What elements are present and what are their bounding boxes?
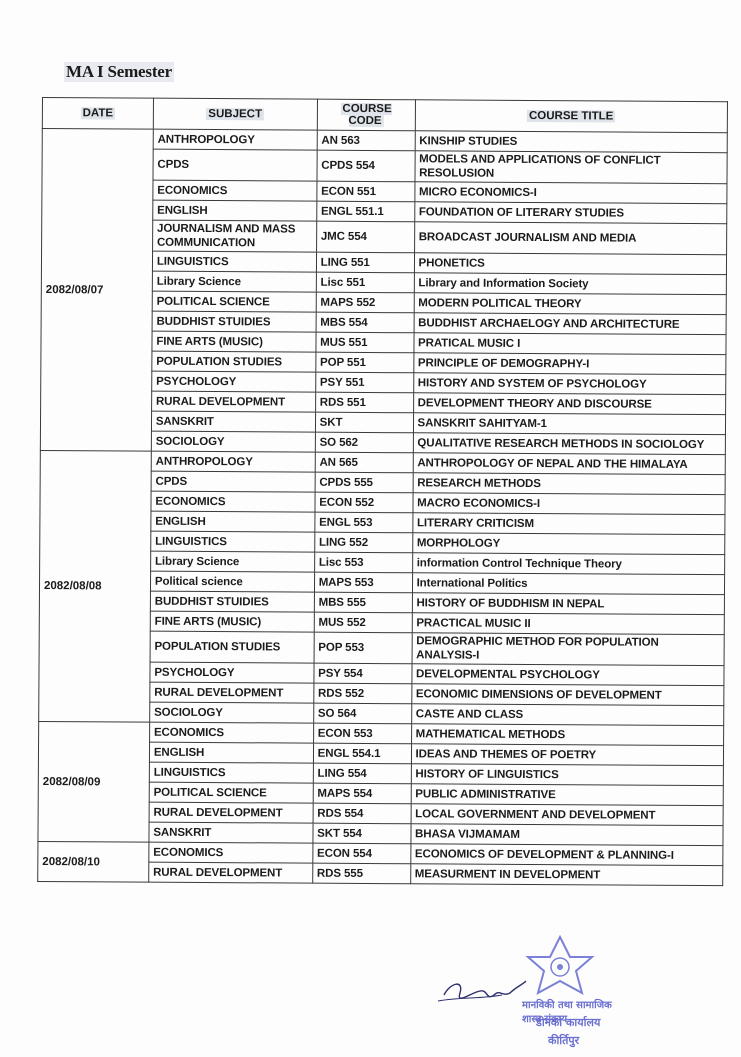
subject-cell: FINE ARTS (MUSIC) — [150, 611, 314, 632]
course-code-cell: CPDS 554 — [317, 150, 415, 182]
subject-cell: CPDS — [153, 149, 317, 181]
course-title-cell: HISTORY OF BUDDHISM IN NEPAL — [412, 593, 725, 615]
course-code-cell: ENGL 551.1 — [316, 201, 414, 222]
course-code-cell: ECON 552 — [315, 492, 413, 513]
subject-cell: ENGLISH — [153, 200, 317, 221]
course-title-cell: PHONETICS — [414, 253, 727, 275]
course-code-cell: AN 565 — [315, 452, 413, 473]
course-title-cell: LITERARY CRITICISM — [412, 513, 725, 535]
course-title-cell: IDEAS AND THEMES OF POETRY — [411, 744, 724, 766]
course-code-cell: MUS 551 — [316, 332, 414, 353]
course-title-cell: MEASURMENT IN DEVELOPMENT — [410, 864, 723, 886]
course-code-cell: JMC 554 — [316, 221, 414, 253]
course-title-cell: ECONOMICS OF DEVELOPMENT & PLANNING-I — [410, 844, 723, 866]
header-course-title: COURSE TITLE — [415, 100, 728, 133]
header-date: DATE — [42, 98, 153, 130]
course-code-cell: LING 551 — [316, 252, 414, 273]
subject-cell: BUDDHIST STUIDIES — [150, 591, 314, 612]
course-code-cell: LING 552 — [314, 532, 412, 553]
course-title-cell: DEVELOPMENTAL PSYCHOLOGY — [411, 664, 724, 686]
course-title-cell: PRINCIPLE OF DEMOGRAPHY-I — [413, 353, 726, 375]
course-title-cell: BUDDHIST ARCHAELOGY AND ARCHITECTURE — [414, 313, 727, 335]
course-code-cell: PSY 554 — [314, 663, 412, 684]
subject-cell: SANSKRIT — [151, 411, 315, 432]
exam-date: 2082/08/07 — [40, 129, 153, 452]
course-code-cell: AN 563 — [317, 130, 415, 151]
subject-cell: ENGLISH — [149, 742, 313, 763]
course-title-cell: DEMOGRAPHIC METHOD FOR POPULATION ANALYS… — [412, 633, 725, 666]
subject-cell: RURAL DEVELOPMENT — [149, 802, 313, 823]
subject-cell: Library Science — [150, 551, 314, 572]
course-code-cell: ECON 553 — [313, 723, 411, 744]
course-code-cell: RDS 551 — [315, 392, 413, 413]
subject-cell: SANSKRIT — [149, 822, 313, 843]
course-title-cell: BHASA VIJMAMAM — [411, 824, 724, 846]
course-code-cell: ENGL 553 — [315, 512, 413, 533]
subject-cell: ANTHROPOLOGY — [153, 129, 317, 150]
subject-cell: ECONOMICS — [149, 722, 313, 743]
course-title-cell: Library and Information Society — [414, 273, 727, 295]
course-code-cell: MAPS 552 — [316, 292, 414, 313]
subject-cell: LINGUISTICS — [151, 531, 315, 552]
table-row: 2082/08/09ECONOMICSECON 553MATHEMATICAL … — [39, 721, 724, 745]
subject-cell: Political science — [150, 571, 314, 592]
course-code-cell: RDS 552 — [313, 683, 411, 704]
course-title-cell: PUBLIC ADMINISTRATIVE — [411, 784, 724, 806]
course-code-cell: PSY 551 — [315, 372, 413, 393]
course-title-cell: SANSKRIT SAHITYAM-1 — [413, 413, 726, 435]
course-title-cell: QUALITATIVE RESEARCH METHODS IN SOCIOLOG… — [413, 433, 726, 455]
course-code-cell: Lisc 551 — [316, 272, 414, 293]
table-row: 2082/08/08ANTHROPOLOGYAN 565ANTHROPOLOGY… — [40, 450, 725, 474]
course-title-cell: RESEARCH METHODS — [413, 473, 726, 495]
subject-cell: PSYCHOLOGY — [152, 371, 316, 392]
course-title-cell: PRACTICAL MUSIC II — [412, 613, 725, 635]
subject-cell: ECONOMICS — [153, 180, 317, 201]
course-code-cell: POP 551 — [316, 352, 414, 373]
signature-and-stamp: मानविकी तथा सामाजिक शास्त्र संकाय डीनको … — [430, 935, 630, 1055]
course-title-cell: MODELS AND APPLICATIONS OF CONFLICT RESO… — [415, 151, 728, 184]
subject-cell: RURAL DEVELOPMENT — [149, 862, 313, 883]
stamp-place: कीर्तिपुर — [548, 1033, 579, 1048]
stamp-office: डीनको कार्यालय — [536, 1015, 600, 1030]
header-course-code: COURSE CODE — [317, 99, 415, 131]
course-title-cell: information Control Technique Theory — [412, 553, 725, 575]
course-code-cell: MBS 555 — [314, 592, 412, 613]
table-header-row: DATE SUBJECT COURSE CODE COURSE TITLE — [42, 98, 727, 133]
course-title-cell: MACRO ECONOMICS-I — [413, 493, 726, 515]
course-title-cell: MATHEMATICAL METHODS — [411, 724, 724, 746]
subject-cell: POPULATION STUDIES — [150, 631, 314, 663]
course-title-cell: MORPHOLOGY — [412, 533, 725, 555]
course-code-cell: POP 553 — [314, 632, 412, 664]
course-title-cell: FOUNDATION OF LITERARY STUDIES — [414, 202, 727, 224]
subject-cell: JOURNALISM AND MASS COMMUNICATION — [152, 220, 316, 252]
subject-cell: CPDS — [151, 471, 315, 492]
course-title-cell: MODERN POLITICAL THEORY — [414, 293, 727, 315]
subject-cell: LINGUISTICS — [152, 251, 316, 272]
course-code-cell: LING 554 — [313, 763, 411, 784]
course-title-cell: MICRO ECONOMICS-I — [414, 182, 727, 204]
exam-date: 2082/08/10 — [38, 841, 149, 882]
course-code-cell: RDS 555 — [312, 863, 410, 884]
subject-cell: ANTHROPOLOGY — [151, 451, 315, 472]
subject-cell: SOCIOLOGY — [150, 702, 314, 723]
table-row: 2082/08/10ECONOMICSECON 554ECONOMICS OF … — [38, 841, 723, 865]
exam-schedule-table: DATE SUBJECT COURSE CODE COURSE TITLE 20… — [37, 97, 728, 886]
course-title-cell: International Politics — [412, 573, 725, 595]
course-title-cell: HISTORY AND SYSTEM OF PSYCHOLOGY — [413, 373, 726, 395]
subject-cell: BUDDHIST STUIDIES — [152, 311, 316, 332]
course-code-cell: ECON 551 — [317, 181, 415, 202]
course-title-cell: CASTE AND CLASS — [411, 704, 724, 726]
subject-cell: SOCIOLOGY — [151, 431, 315, 452]
course-code-cell: CPDS 555 — [315, 472, 413, 493]
exam-date: 2082/08/08 — [39, 450, 152, 722]
subject-cell: RURAL DEVELOPMENT — [150, 682, 314, 703]
course-code-cell: SKT 554 — [313, 823, 411, 844]
subject-cell: LINGUISTICS — [149, 762, 313, 783]
course-code-cell: MBS 554 — [316, 312, 414, 333]
page-title: MA I Semester — [64, 62, 174, 82]
header-subject: SUBJECT — [153, 98, 317, 130]
course-code-cell: SO 562 — [315, 432, 413, 453]
course-title-cell: KINSHIP STUDIES — [415, 131, 728, 153]
course-title-cell: ANTHROPOLOGY OF NEPAL AND THE HIMALAYA — [413, 453, 726, 475]
subject-cell: POLITICAL SCIENCE — [149, 782, 313, 803]
table-body: 2082/08/07ANTHROPOLOGYAN 563KINSHIP STUD… — [38, 129, 728, 886]
subject-cell: POLITICAL SCIENCE — [152, 291, 316, 312]
course-title-cell: LOCAL GOVERNMENT AND DEVELOPMENT — [411, 804, 724, 826]
course-title-cell: ECONOMIC DIMENSIONS OF DEVELOPMENT — [411, 684, 724, 706]
exam-date: 2082/08/09 — [38, 721, 150, 842]
course-code-cell: MAPS 553 — [314, 572, 412, 593]
course-title-cell: DEVELOPMENT THEORY AND DISCOURSE — [413, 393, 726, 415]
course-code-cell: ENGL 554.1 — [313, 743, 411, 764]
course-title-cell: BROADCAST JOURNALISM AND MEDIA — [414, 222, 727, 255]
course-code-cell: Lisc 553 — [314, 552, 412, 573]
subject-cell: FINE ARTS (MUSIC) — [152, 331, 316, 352]
subject-cell: RURAL DEVELOPMENT — [151, 391, 315, 412]
subject-cell: ENGLISH — [151, 511, 315, 532]
subject-cell: PSYCHOLOGY — [150, 662, 314, 683]
course-title-cell: HISTORY OF LINGUISTICS — [411, 764, 724, 786]
course-code-cell: MUS 552 — [314, 612, 412, 633]
course-code-cell: SO 564 — [313, 703, 411, 724]
subject-cell: Library Science — [152, 271, 316, 292]
course-code-cell: MAPS 554 — [313, 783, 411, 804]
course-title-cell: PRATICAL MUSIC I — [414, 333, 727, 355]
course-code-cell: RDS 554 — [313, 803, 411, 824]
course-code-cell: ECON 554 — [313, 843, 411, 864]
subject-cell: ECONOMICS — [151, 491, 315, 512]
official-stamp-icon — [430, 935, 630, 1055]
subject-cell: POPULATION STUDIES — [152, 351, 316, 372]
course-code-cell: SKT — [315, 412, 413, 433]
subject-cell: ECONOMICS — [149, 842, 313, 863]
table-row: 2082/08/07ANTHROPOLOGYAN 563KINSHIP STUD… — [42, 129, 727, 153]
